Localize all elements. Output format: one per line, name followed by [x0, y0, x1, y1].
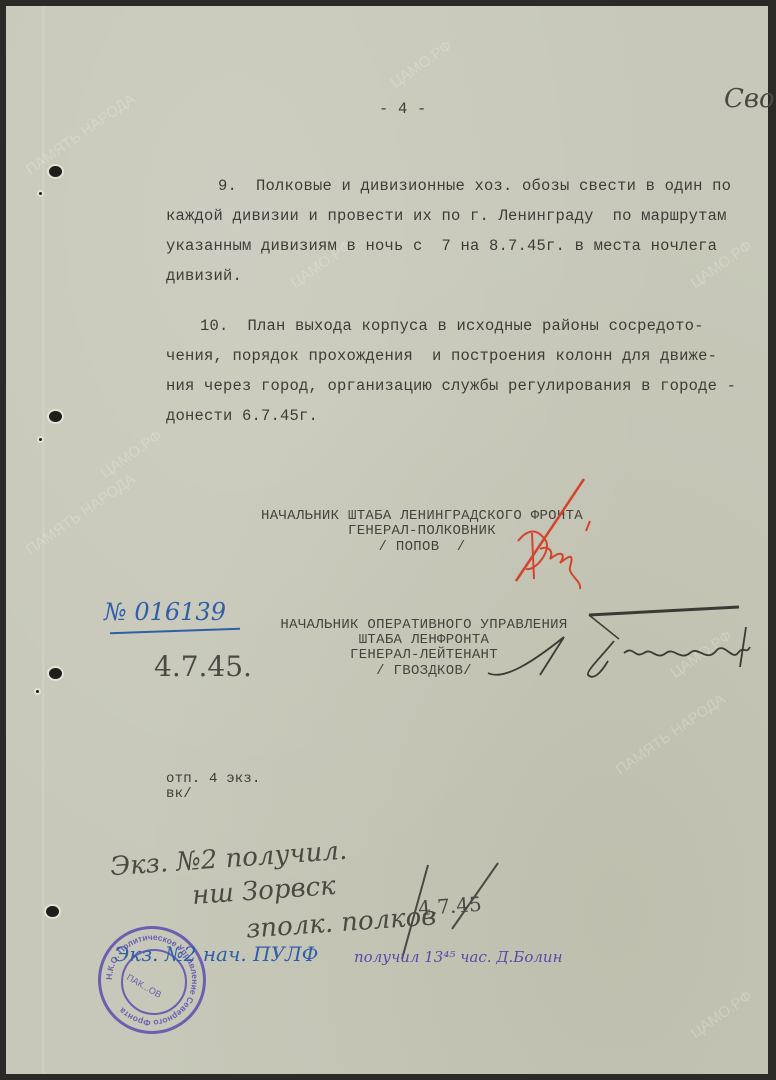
watermark-pamyat: ПАМЯТЬ НАРОДА [23, 90, 139, 178]
item10-line3: ния через город, организацию службы регу… [166, 379, 736, 395]
watermark-pamyat: ПАМЯТЬ НАРОДА [613, 690, 729, 778]
page-number: - 4 - [379, 102, 427, 118]
watermark-camo: ЦАМО.РФ [388, 37, 456, 91]
item9-line3: указанным дивизиям в ночь с 7 на 8.7.45г… [166, 239, 717, 255]
binder-hole [49, 166, 62, 177]
binder-hole [49, 668, 62, 679]
archive-corner-note: Сво [724, 84, 775, 114]
purple-ink-note: получил 13⁴⁵ час. Д.Болин [354, 948, 562, 966]
pencil-slash-marks [386, 861, 506, 961]
document-page: ЦАМО.РФ ПАМЯТЬ НАРОДА ЦАМО.РФ ЦАМО.РФ ЦА… [6, 6, 768, 1074]
watermark-camo: ЦАМО.РФ [98, 427, 166, 481]
item10-line2: чения, порядок прохождения и построения … [166, 349, 717, 365]
pin-hole [39, 438, 42, 441]
registration-number: № 016139 [104, 598, 226, 626]
binder-hole [46, 906, 59, 917]
handwritten-note-line2: нш Зорвск [191, 871, 336, 911]
typist-initials: вк/ [166, 787, 192, 801]
item10-line1: 10. План выхода корпуса в исходные район… [200, 319, 704, 335]
registration-date: 4.7.45. [154, 650, 252, 683]
registration-underline [110, 628, 240, 635]
binder-hole [49, 411, 62, 422]
copies-count: отп. 4 экз. [166, 772, 261, 786]
item9-line1: 9. Полковые и дивизионные хоз. обозы све… [218, 179, 731, 195]
pin-hole [36, 690, 39, 693]
red-signature-popov [496, 471, 606, 591]
watermark-pamyat: ПАМЯТЬ НАРОДА [23, 470, 139, 558]
blue-ink-note: Экз. №2 нач. ПУЛФ [114, 942, 318, 966]
pencil-signature-gvozdkov [484, 601, 764, 691]
item9-line4: дивизий. [166, 269, 242, 285]
pin-hole [39, 192, 42, 195]
item9-line2: каждой дивизии и провести их по г. Ленин… [166, 209, 727, 225]
item10-line4: донести 6.7.45г. [166, 409, 318, 425]
watermark-camo: ЦАМО.РФ [688, 987, 756, 1041]
